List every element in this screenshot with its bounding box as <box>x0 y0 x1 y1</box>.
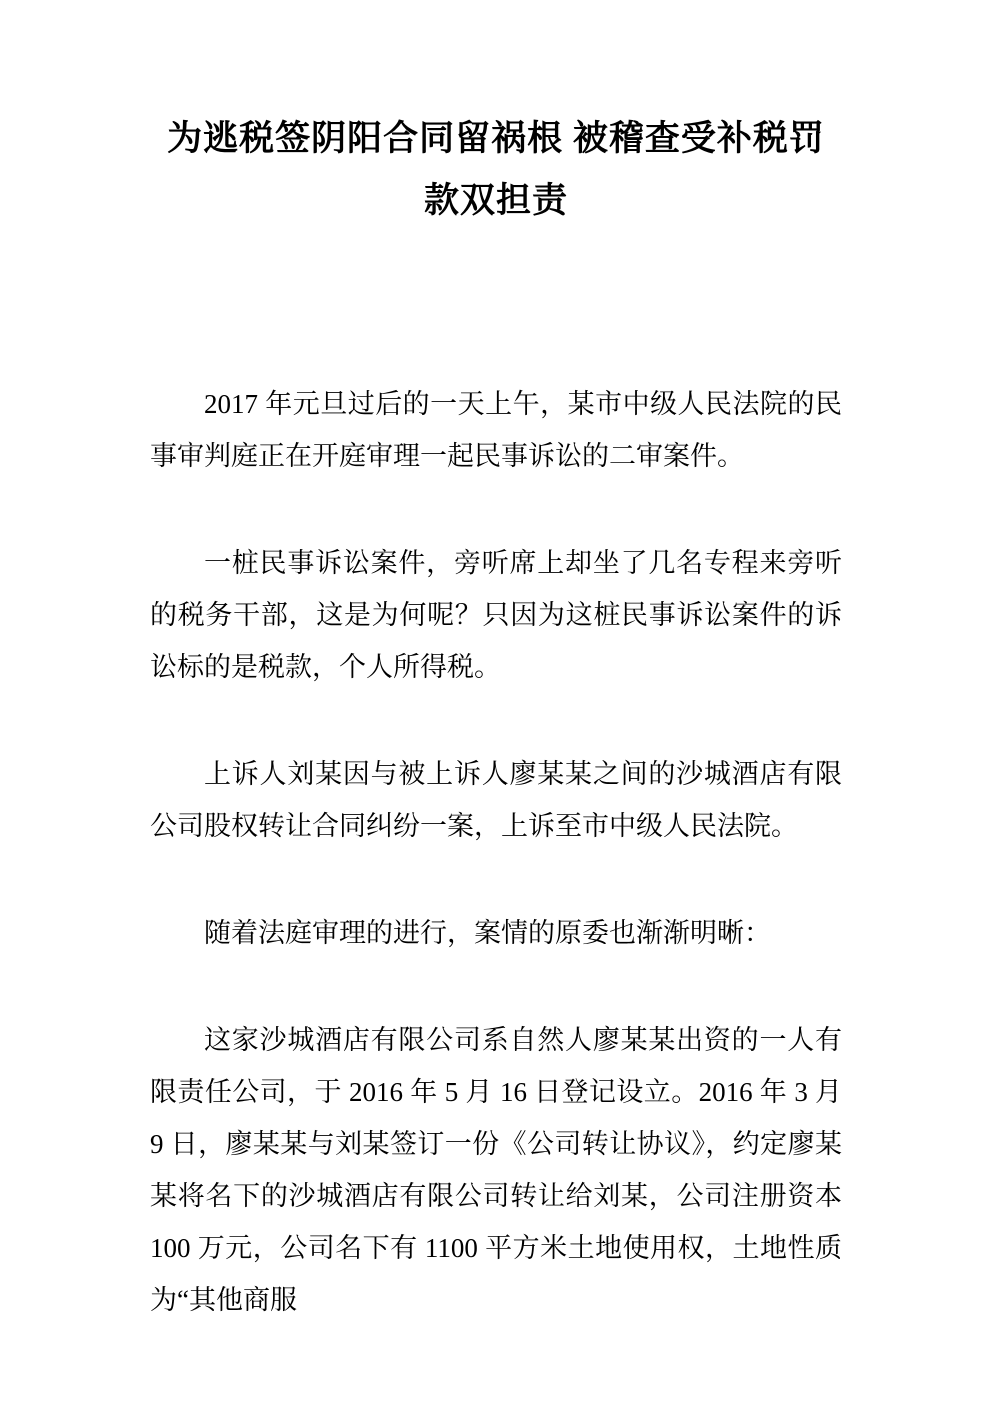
paragraph-appeal-parties: 上诉人刘某因与被上诉人廖某某之间的沙城酒店有限公司股权转让合同纠纷一案，上诉至市… <box>150 748 842 852</box>
paragraph-tax-officials: 一桩民事诉讼案件，旁听席上却坐了几名专程来旁听的税务干部，这是为何呢？只因为这桩… <box>150 537 842 693</box>
paragraph-intro-court: 2017 年元旦过后的一天上午，某市中级人民法院的民事审判庭正在开庭审理一起民事… <box>150 378 842 482</box>
document-title: 为逃税签阴阳合同留祸根 被稽查受补税罚款双担责 <box>150 108 842 232</box>
paragraph-case-unfolds: 随着法庭审理的进行，案情的原委也渐渐明晰： <box>150 907 842 959</box>
document-content: 为逃税签阴阳合同留祸根 被稽查受补税罚款双担责 2017 年元旦过后的一天上午，… <box>0 108 992 1326</box>
document-page: 为逃税签阴阳合同留祸根 被稽查受补税罚款双担责 2017 年元旦过后的一天上午，… <box>0 0 992 1403</box>
paragraph-company-background: 这家沙城酒店有限公司系自然人廖某某出资的一人有限责任公司，于 2016 年 5 … <box>150 1014 842 1326</box>
